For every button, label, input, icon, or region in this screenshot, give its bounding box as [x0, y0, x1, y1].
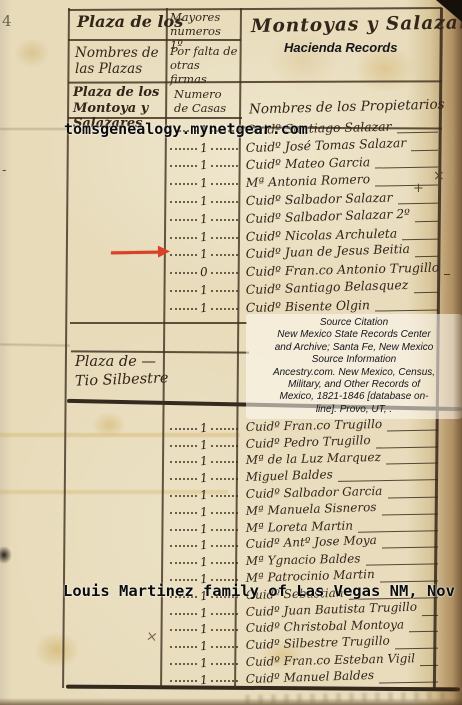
house-count-cell: 1: [170, 454, 238, 468]
house-count: 1: [196, 247, 211, 262]
leader-dots: [211, 645, 238, 648]
table-row: 1Cuidº Santiago Belasquez: [170, 279, 442, 297]
leader-dots: [170, 494, 197, 497]
house-count-cell: 0: [170, 265, 238, 279]
house-count: 1: [196, 211, 211, 226]
house-count-cell: 1: [170, 283, 238, 297]
house-count: 1: [196, 454, 211, 469]
paper-stain: [34, 632, 80, 668]
leader-dots: [211, 494, 238, 497]
table-rule: [70, 322, 247, 324]
citation-line: line]. Provo, UT, .: [247, 404, 461, 416]
trailing-dash: [395, 648, 438, 650]
proprietor-cell: Mª de la Luz Marquez: [246, 453, 442, 468]
house-count: 0: [196, 264, 211, 279]
header-numero-de-casas: Numero de Casas: [174, 87, 234, 115]
trailing-dash: [397, 131, 438, 133]
house-count-cell: 1: [170, 522, 238, 536]
table-row: 1Cuidº Mateo Garcia: [170, 155, 442, 173]
table-row: 1Cuidº Antº Jose Moya: [170, 536, 442, 553]
leader-dots: [211, 253, 238, 256]
leader-dots: [170, 477, 197, 480]
watermark-website: tomsgenealogy.mynetgear.com: [64, 120, 308, 138]
leader-dots: [170, 271, 197, 274]
house-count-cell: 1: [170, 656, 238, 670]
house-count: 1: [196, 193, 211, 208]
house-count-cell: 1: [170, 421, 238, 435]
trailing-dash: [376, 446, 438, 448]
leader-dots: [170, 289, 197, 292]
proprietor-name: Cuidº Salbador Salazar 2º: [246, 206, 411, 226]
house-count: 1: [196, 176, 211, 191]
trailing-dash: [382, 547, 438, 549]
house-count-cell: 1: [170, 606, 238, 620]
leader-dots: [170, 460, 197, 463]
house-count-cell: 1: [170, 230, 238, 244]
proprietor-cell: Cuidº Salbador Salazar 2º: [246, 211, 442, 226]
leader-dots: [211, 147, 238, 150]
plaza-label-line1: Plaza de —: [75, 354, 169, 372]
leader-dots: [211, 444, 238, 447]
trailing-dash: [388, 497, 438, 499]
table-row: 1Cuidº Salbador Salazar 2º: [170, 208, 442, 226]
proprietor-name: Cuidº Antº Jose Moya: [246, 533, 378, 552]
table-row: 1Cuidº Christobal Montoya: [170, 620, 442, 637]
house-count-cell: 1: [170, 505, 238, 519]
proprietor-name: Cuidº Fran.co Esteban Vigil: [246, 651, 416, 670]
leader-dots: [211, 271, 238, 274]
leader-dots: [211, 218, 238, 221]
proprietor-name: Cuidº Juan de Jesus Beitia: [246, 241, 411, 261]
leader-dots: [211, 628, 238, 631]
table-row: 1Miguel Baldes: [170, 468, 442, 485]
trailing-dash: [415, 221, 438, 222]
leader-dots: [170, 662, 197, 665]
plaza-tio-silbestre-label: Plaza de — Tio Silbestre: [75, 354, 169, 389]
x-mark-right: ×: [433, 168, 445, 184]
house-count: 1: [196, 605, 211, 620]
leader-dots: [211, 578, 238, 581]
red-arrow-annotation: [111, 251, 159, 255]
trailing-dash: [415, 256, 438, 257]
proprietor-name: Cuidº Mateo Garcia: [246, 155, 371, 173]
house-count: 1: [196, 437, 211, 452]
proprietor-name: Cuidº Pedro Trugillo: [246, 433, 371, 452]
source-citation-block: Source CitationNew Mexico State Records …: [246, 314, 462, 419]
table-row: 1Cuidº Pedro Trugillo: [170, 435, 442, 452]
leader-dots: [211, 236, 238, 239]
house-count: 1: [196, 282, 211, 297]
proprietor-cell: Cuidº Mateo Garcia: [246, 157, 442, 172]
house-count: 1: [196, 487, 211, 502]
house-count-cell: 1: [170, 538, 238, 552]
proprietor-cell: Miguel Baldes: [246, 470, 442, 485]
leader-dots: [170, 612, 197, 615]
leader-dots: [170, 427, 197, 430]
table-border-top: [68, 7, 442, 11]
citation-line: Ancestry.com. New Mexico, Census,: [247, 367, 461, 379]
house-count: 1: [196, 622, 211, 637]
house-count-cell: 1: [170, 158, 238, 172]
house-count-cell: 1: [170, 639, 238, 653]
house-count: 1: [196, 229, 211, 244]
citation-line: Military, and Other Records of: [247, 379, 461, 391]
leader-dots: [211, 164, 238, 167]
proprietor-name: Mª Manuela Sisneros: [246, 500, 377, 519]
leader-dots: [170, 628, 197, 631]
proprietor-name: Mª Loreta Martin: [246, 518, 354, 535]
header-por-falta-firmas: Por falta de otras firmas: [170, 44, 238, 86]
house-count-cell: 1: [170, 488, 238, 502]
house-count: 1: [196, 672, 211, 687]
leader-dots: [211, 561, 238, 564]
trailing-dash: [409, 631, 438, 633]
trailing-dash: [386, 463, 438, 465]
leader-dots: [211, 477, 238, 480]
proprietor-cell: Mª Manuela Sisneros: [246, 504, 442, 519]
leader-dots: [211, 427, 238, 430]
proprietors-list-tio-silbestre: 1Cuidº Fran.co Trugillo1Cuidº Pedro Trug…: [170, 418, 442, 687]
trailing-dash: [420, 665, 438, 666]
proprietor-name: Cuidº Santiago Belasquez: [246, 277, 409, 297]
citation-line: and Archive; Santa Fe, New Mexico: [247, 342, 461, 354]
house-count: 1: [196, 504, 211, 519]
trailing-dash: [375, 167, 438, 169]
leader-dots: [170, 544, 197, 547]
proprietor-cell: Cuidº Bisente Olgin: [246, 300, 442, 315]
trailing-dash: [366, 564, 438, 566]
trailing-dash: [414, 292, 438, 293]
leader-dots: [170, 444, 197, 447]
plus-mark: +: [413, 181, 424, 196]
trailing-dash: [375, 185, 438, 187]
proprietor-cell: Cuidº Nicolas Archuleta: [246, 229, 442, 244]
leader-dots: [170, 164, 197, 167]
house-count-cell: 1: [170, 673, 238, 687]
house-count: 1: [196, 521, 211, 536]
house-count: 1: [196, 158, 211, 173]
trailing-dash: [398, 203, 438, 205]
leader-dots: [211, 307, 238, 310]
proprietor-name: Cuidº Bisente Olgin: [246, 297, 370, 315]
proprietor-name: Cuidº Manuel Baldes: [246, 668, 375, 687]
proprietor-cell: Cuidº Manuel Baldes: [246, 672, 442, 687]
proprietor-cell: Cuidº Juan de Jesus Beitia: [246, 246, 442, 261]
leader-dots: [170, 578, 197, 581]
paper-crease: [0, 128, 68, 130]
house-count-cell: 1: [170, 301, 238, 315]
table-row: 1Cuidº José Tomas Salazar: [170, 137, 442, 155]
leader-dots: [211, 182, 238, 185]
x-mark-lower: ×: [145, 628, 159, 645]
proprietor-name: Mª Antonia Romero: [246, 171, 371, 190]
house-count-cell: 1: [170, 212, 238, 226]
proprietor-cell: Cuidº Santiago Belasquez: [246, 282, 442, 297]
table-row: 1Mª Loreta Martin: [170, 519, 442, 536]
trailing-dash: [402, 238, 438, 240]
table-row: 1Cuidº Fran.co Trugillo: [170, 418, 442, 435]
ink-blot: [0, 546, 12, 564]
leader-dots: [170, 182, 197, 185]
citation-line: Source Information: [247, 354, 461, 366]
trailing-dash: [358, 530, 438, 532]
house-count-cell: 1: [170, 176, 238, 190]
trailing-dash: [375, 309, 438, 311]
proprietor-cell: Cuidº Antº Jose Moya: [246, 537, 442, 552]
leader-dots: [170, 236, 197, 239]
proprietor-cell: Cuidº Fran.co Antonio Trugillo: [246, 264, 442, 279]
proprietor-cell: Cuidº Juan Bautista Trugillo: [246, 605, 442, 620]
table-row: 1Mª Antonia Romero: [170, 172, 442, 190]
table-rule: [68, 80, 442, 83]
proprietors-list-montoya-salazar: 1Cuidº Santiago Salazar1Cuidº José Tomas…: [170, 119, 442, 315]
house-count: 1: [196, 638, 211, 653]
leader-dots: [211, 528, 238, 531]
table-row: 1Cuidº Salbador Garcia: [170, 485, 442, 502]
plaza-label-line2: Tio Silbestre: [75, 370, 169, 391]
proprietor-name: Cuidº Salbador Garcia: [246, 484, 383, 502]
page-number: 4: [2, 12, 12, 30]
leader-dots: [211, 662, 238, 665]
page-edge-right: [453, 0, 462, 705]
leader-dots: [170, 200, 197, 203]
table-row: 1Mª Manuela Sisneros: [170, 502, 442, 519]
header-nombres-de-las-plazas: Nombres de las Plazas: [75, 45, 167, 77]
table-row: 1Mª de la Luz Marquez: [170, 452, 442, 469]
scanned-document-page: 4 Plaza de los Mayores numeros 1º Montoy…: [0, 0, 462, 705]
house-count: 1: [196, 655, 211, 670]
page-edge-bottom: [0, 698, 462, 705]
trailing-dash: [444, 274, 450, 275]
house-count-cell: 1: [170, 194, 238, 208]
house-count: 1: [196, 471, 211, 486]
proprietor-cell: Cuidº Fran.co Esteban Vigil: [246, 655, 442, 670]
leader-dots: [170, 645, 197, 648]
citation-line: Source Citation: [247, 317, 461, 329]
proprietor-name: Cuidº Salbador Salazar: [246, 190, 393, 208]
house-count: 1: [196, 420, 211, 435]
house-count-cell: 1: [170, 622, 238, 636]
house-count: 1: [196, 140, 211, 155]
leader-dots: [211, 460, 238, 463]
proprietor-cell: Cuidº Salbador Garcia: [246, 487, 442, 502]
trailing-dash: [411, 149, 438, 150]
trailing-dash: [382, 513, 438, 515]
trailing-dash: [387, 429, 438, 431]
citation-line: Mexico, 1821-1846 [database on-: [247, 391, 461, 403]
header-nombres-propietarios: Nombres de los Propietarios: [249, 96, 445, 117]
leader-dots: [211, 289, 238, 292]
proprietor-name: Cuidº Silbestre Trugillo: [246, 634, 390, 654]
proprietor-name: Mª Ygnacio Baldes: [246, 552, 361, 570]
proprietor-cell: Cuidº Fran.co Trugillo: [246, 420, 442, 435]
house-count-cell: 1: [170, 247, 238, 261]
watermark-family-caption: Louis Martinez family of Las Vegas NM, N…: [63, 582, 455, 600]
leader-dots: [211, 679, 238, 682]
house-count: 1: [196, 538, 211, 553]
proprietor-cell: Cuidº José Tomas Salazar: [246, 140, 442, 155]
photo-corner-top-right: [436, 0, 462, 22]
paper-stain: [14, 38, 50, 68]
header-plaza-de-los: Plaza de los: [77, 12, 183, 31]
leader-dots: [170, 679, 197, 682]
hacienda-records-label: Hacienda Records: [284, 40, 397, 55]
leader-dots: [170, 253, 197, 256]
house-count-cell: 1: [170, 438, 238, 452]
leader-dots: [170, 218, 197, 221]
house-count: 1: [196, 300, 211, 315]
table-row: 1Cuidº Bisente Olgin: [170, 297, 442, 315]
trailing-dash: [379, 681, 438, 683]
leader-dots: [170, 147, 197, 150]
proprietor-name: Cuidº Fran.co Antonio Trugillo: [246, 260, 440, 279]
house-count: 1: [196, 554, 211, 569]
trailing-dash: [422, 614, 438, 615]
leader-dots: [211, 612, 238, 615]
table-row: 1Cuidº Manuel Baldes: [170, 670, 442, 687]
header-montoyas-y-salazares: Montoyas y Salazares: [251, 12, 462, 37]
leader-dots: [211, 200, 238, 203]
leader-dots: [211, 511, 238, 514]
leader-dots: [170, 307, 197, 310]
proprietor-name: Cuidº Nicolas Archuleta: [246, 225, 398, 243]
dash-mark-left-edge: -: [2, 163, 6, 178]
proprietor-cell: Cuidº Pedro Trugillo: [246, 437, 442, 452]
paper-crease: [0, 343, 70, 346]
house-count-cell: 1: [170, 141, 238, 155]
trailing-dash: [338, 479, 438, 482]
citation-line: New Mexico State Records Center: [247, 329, 461, 341]
proprietor-name: Mª de la Luz Marquez: [246, 450, 381, 468]
proprietor-name: Cuidº Fran.co Trugillo: [246, 417, 383, 435]
table-row: 1Mª Ygnacio Baldes: [170, 552, 442, 569]
leader-dots: [170, 528, 197, 531]
leader-dots: [170, 511, 197, 514]
house-count-cell: 1: [170, 555, 238, 569]
proprietor-name: Miguel Baldes: [246, 467, 333, 485]
leader-dots: [170, 561, 197, 564]
table-row: 1Cuidº Juan de Jesus Beitia: [170, 244, 442, 262]
house-count-cell: 1: [170, 471, 238, 485]
table-row: 1Cuidº Fran.co Esteban Vigil: [170, 653, 442, 670]
leader-dots: [211, 544, 238, 547]
